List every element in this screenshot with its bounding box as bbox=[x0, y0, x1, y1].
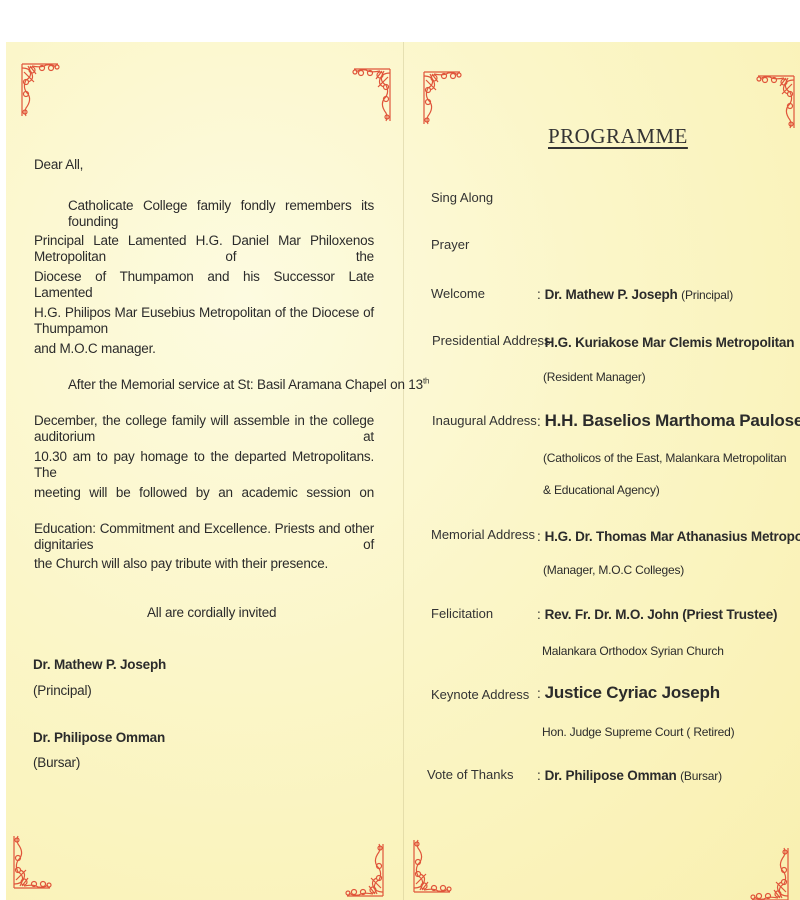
signatory-name: Dr. Philipose Omman bbox=[33, 730, 165, 746]
programme-detail: & Educational Agency) bbox=[543, 482, 660, 498]
programme-item-label: Presidential Address bbox=[432, 333, 551, 348]
ornamental-corner-icon bbox=[422, 70, 462, 126]
ornamental-corner-icon bbox=[12, 834, 52, 890]
ornamental-corner-icon bbox=[412, 838, 452, 894]
programme-item-label: Keynote Address bbox=[431, 687, 529, 702]
programme-item-label: Inaugural Address bbox=[432, 413, 537, 428]
letter-line: Principal Late Lamented H.G. Daniel Mar … bbox=[34, 233, 374, 265]
programme-detail: (Catholicos of the East, Malankara Metro… bbox=[543, 450, 786, 466]
programme-speaker: :Justice Cyriac Joseph bbox=[537, 685, 720, 702]
programme-detail: (Manager, M.O.C Colleges) bbox=[543, 562, 684, 578]
programme-item-label: Welcome bbox=[431, 286, 485, 301]
programme-title: PROGRAMME bbox=[548, 124, 688, 149]
programme-speaker: :H.H. Baselios Marthoma Paulose II bbox=[537, 413, 800, 430]
programme-speaker: :Rev. Fr. Dr. M.O. John (Priest Trustee) bbox=[537, 607, 777, 623]
programme-item-label: Felicitation bbox=[431, 606, 493, 621]
programme-item-label: Sing Along bbox=[431, 190, 493, 205]
programme-speaker: :Dr. Philipose Omman (Bursar) bbox=[537, 768, 722, 784]
programme-detail: (Resident Manager) bbox=[543, 369, 645, 385]
salutation: Dear All, bbox=[34, 157, 83, 173]
letter-line: After the Memorial service at St: Basil … bbox=[68, 377, 374, 393]
ornamental-corner-icon bbox=[345, 842, 385, 898]
letter-line: the Church will also pay tribute with th… bbox=[34, 556, 328, 572]
programme-speaker: :Dr. Mathew P. Joseph (Principal) bbox=[537, 287, 733, 303]
programme-detail: Malankara Orthodox Syrian Church bbox=[542, 643, 724, 659]
letter-line: Diocese of Thumpamon and his Successor L… bbox=[34, 269, 374, 301]
letter-line: 10.30 am to pay homage to the departed M… bbox=[34, 449, 374, 481]
programme-detail: Hon. Judge Supreme Court ( Retired) bbox=[542, 724, 734, 740]
letter-line: meeting will be followed by an academic … bbox=[34, 485, 374, 501]
ornamental-corner-icon bbox=[352, 67, 392, 123]
letter-line: and M.O.C manager. bbox=[34, 341, 156, 357]
letter-line: Catholicate College family fondly rememb… bbox=[68, 198, 374, 230]
programme-speaker: :H.G. Kuriakose Mar Clemis Metropolitan bbox=[537, 335, 794, 351]
signatory-role: (Bursar) bbox=[33, 755, 80, 771]
programme-item-label: Vote of Thanks bbox=[427, 767, 514, 782]
invitation-text: All are cordially invited bbox=[147, 605, 276, 621]
programme-item-label: Memorial Address bbox=[431, 527, 535, 542]
letter-line: H.G. Philipos Mar Eusebius Metropolitan … bbox=[34, 305, 374, 337]
ornamental-corner-icon bbox=[750, 846, 790, 900]
fold-line bbox=[403, 42, 404, 900]
ornamental-corner-icon bbox=[756, 74, 796, 130]
programme-speaker: :H.G. Dr. Thomas Mar Athanasius Metropol… bbox=[537, 529, 800, 545]
signatory-name: Dr. Mathew P. Joseph bbox=[33, 657, 166, 673]
programme-item-label: Prayer bbox=[431, 237, 469, 252]
ornamental-corner-icon bbox=[20, 62, 60, 118]
letter-line: Education: Commitment and Excellence. Pr… bbox=[34, 521, 374, 553]
letter-line: December, the college family will assemb… bbox=[34, 413, 374, 445]
signatory-role: (Principal) bbox=[33, 683, 92, 699]
